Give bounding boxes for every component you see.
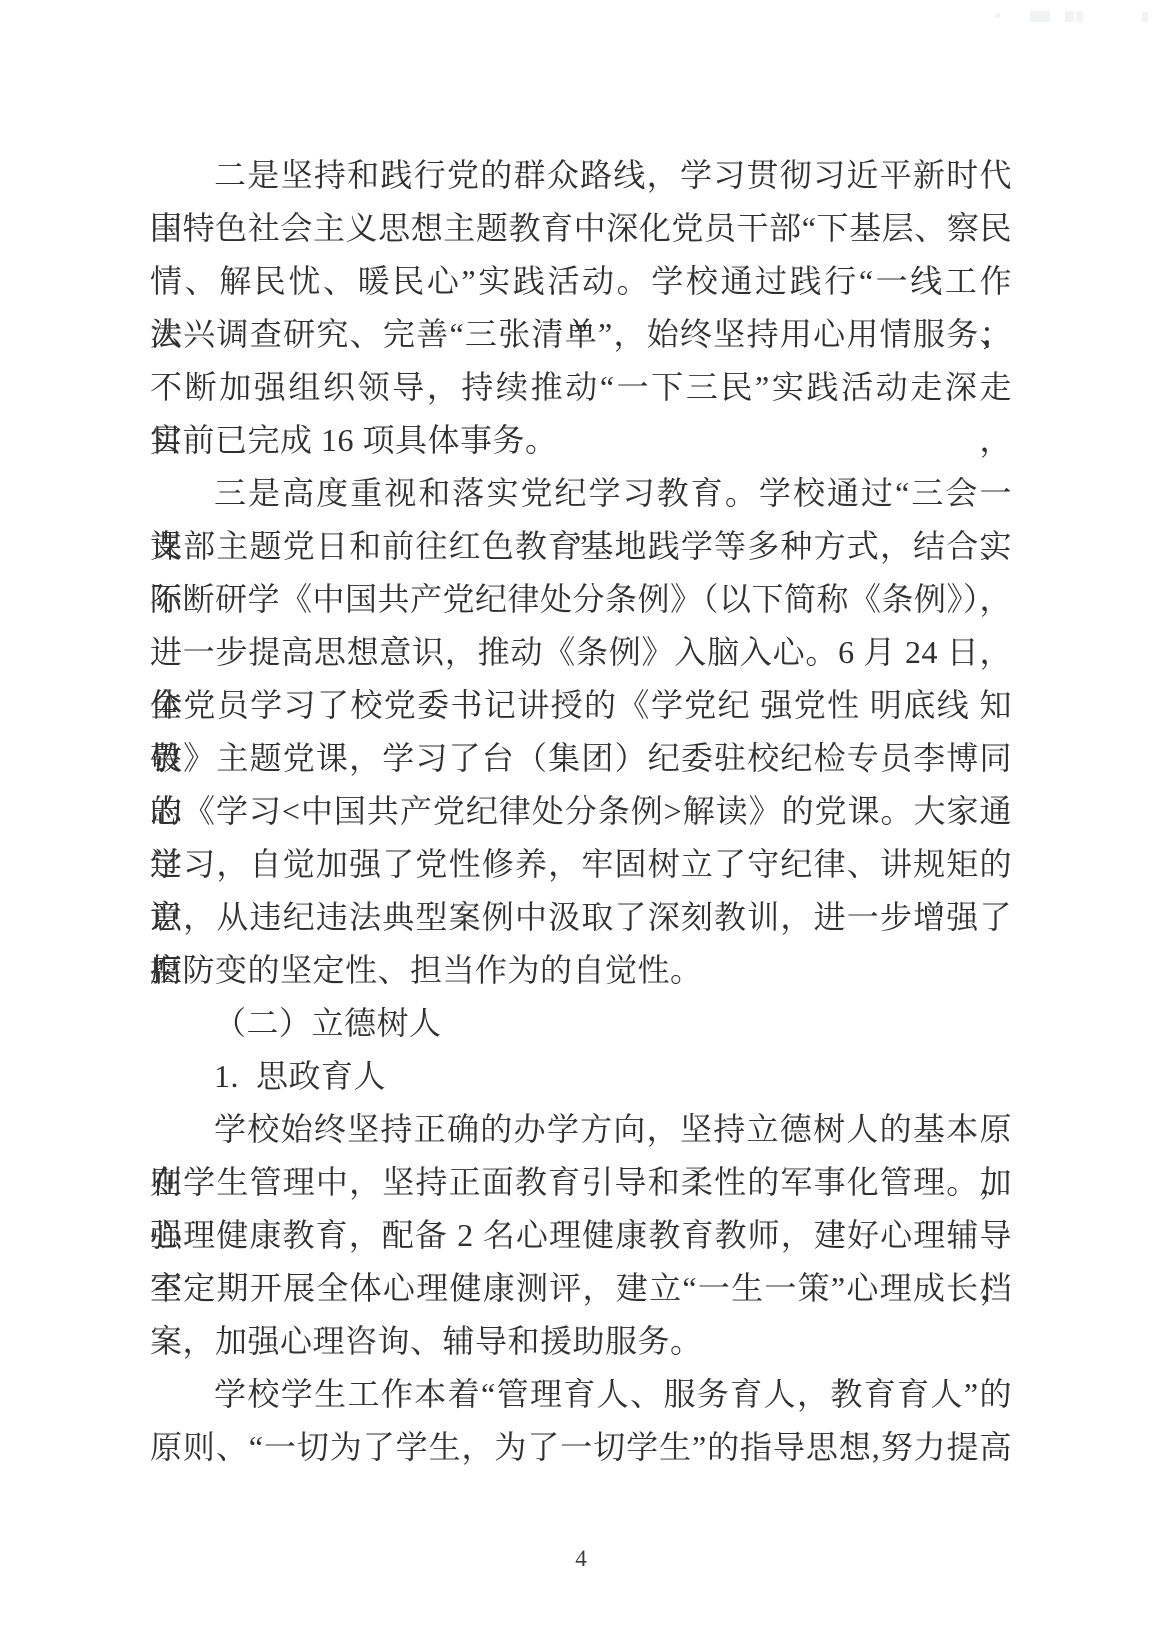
text-line: 腐防变的坚定性、担当作为的自觉性。 [150, 944, 1012, 997]
document-body: 二是坚持和践行党的群众路线，学习贯彻习近平新时代中 国特色社会主义思想主题教育中… [150, 149, 1012, 1474]
text-line: 国特色社会主义思想主题教育中深化党员干部“下基层、察民 [150, 202, 1012, 255]
text-line: 三是高度重视和落实党纪学习教育。学校通过“三会一课”、 [150, 467, 1012, 520]
text-line: 畏》主题党课，学习了台（集团）纪委驻校纪检专员李博同志 [150, 732, 1012, 785]
text-line: 学习，自觉加强了党性修养，牢固树立了守纪律、讲规矩的意 [150, 838, 1012, 891]
section-heading: （二）立德树人 [150, 997, 1012, 1050]
text-line: 不断研学《中国共产党纪律处分条例》（以下简称《条例》）， [150, 573, 1012, 626]
text-line: 二是坚持和践行党的群众路线，学习贯彻习近平新时代中 [150, 149, 1012, 202]
scan-artifact [995, 13, 1000, 18]
text-line: 原则、“一切为了学生，为了一切学生”的指导思想,努力提高 [150, 1421, 1012, 1474]
text-line: 进一步提高思想意识，推动《条例》入脑入心。6 月 24 日，全 [150, 626, 1012, 679]
text-line: 学校学生工作本着“管理育人、服务育人，教育育人”的 [150, 1368, 1012, 1421]
scan-artifact [1030, 11, 1050, 22]
text-line: 支部主题党日和前往红色教育基地践学等多种方式，结合实际 [150, 520, 1012, 573]
text-line: 体党员学习了校党委书记讲授的《学党纪 强党性 明底线 知敬 [150, 679, 1012, 732]
scan-artifact [1142, 12, 1148, 22]
text-line: 案，加强心理咨询、辅导和援助服务。 [150, 1315, 1012, 1368]
text-line: 心理健康教育，配备 2 名心理健康教育教师，建好心理辅导室， [150, 1209, 1012, 1262]
text-line: 的《学习<中国共产党纪律处分条例>解读》的党课。大家通过 [150, 785, 1012, 838]
text-line: 不断加强组织领导，持续推动“一下三民”实践活动走深走实， [150, 361, 1012, 414]
document-page: 二是坚持和践行党的群众路线，学习贯彻习近平新时代中 国特色社会主义思想主题教育中… [0, 0, 1157, 1636]
scan-artifact [1065, 11, 1074, 22]
scan-artifact [1076, 11, 1083, 22]
page-number: 4 [150, 1546, 1012, 1572]
subsection-heading: 1. 思政育人 [150, 1050, 1012, 1103]
text-line: 学校始终坚持正确的办学方向，坚持立德树人的基本原则， [150, 1103, 1012, 1156]
text-line: 在学生管理中，坚持正面教育引导和柔性的军事化管理。加强 [150, 1156, 1012, 1209]
text-line: 识，从违纪违法典型案例中汲取了深刻教训，进一步增强了拒 [150, 891, 1012, 944]
text-line: 情、解民忧、暖民心”实践活动。学校通过践行“一线工作法”、 [150, 255, 1012, 308]
text-line: 不定期开展全体心理健康测评，建立“一生一策”心理成长档 [150, 1262, 1012, 1315]
text-line: 大兴调查研究、完善“三张清单”，始终坚持用心用情服务； [150, 308, 1012, 361]
